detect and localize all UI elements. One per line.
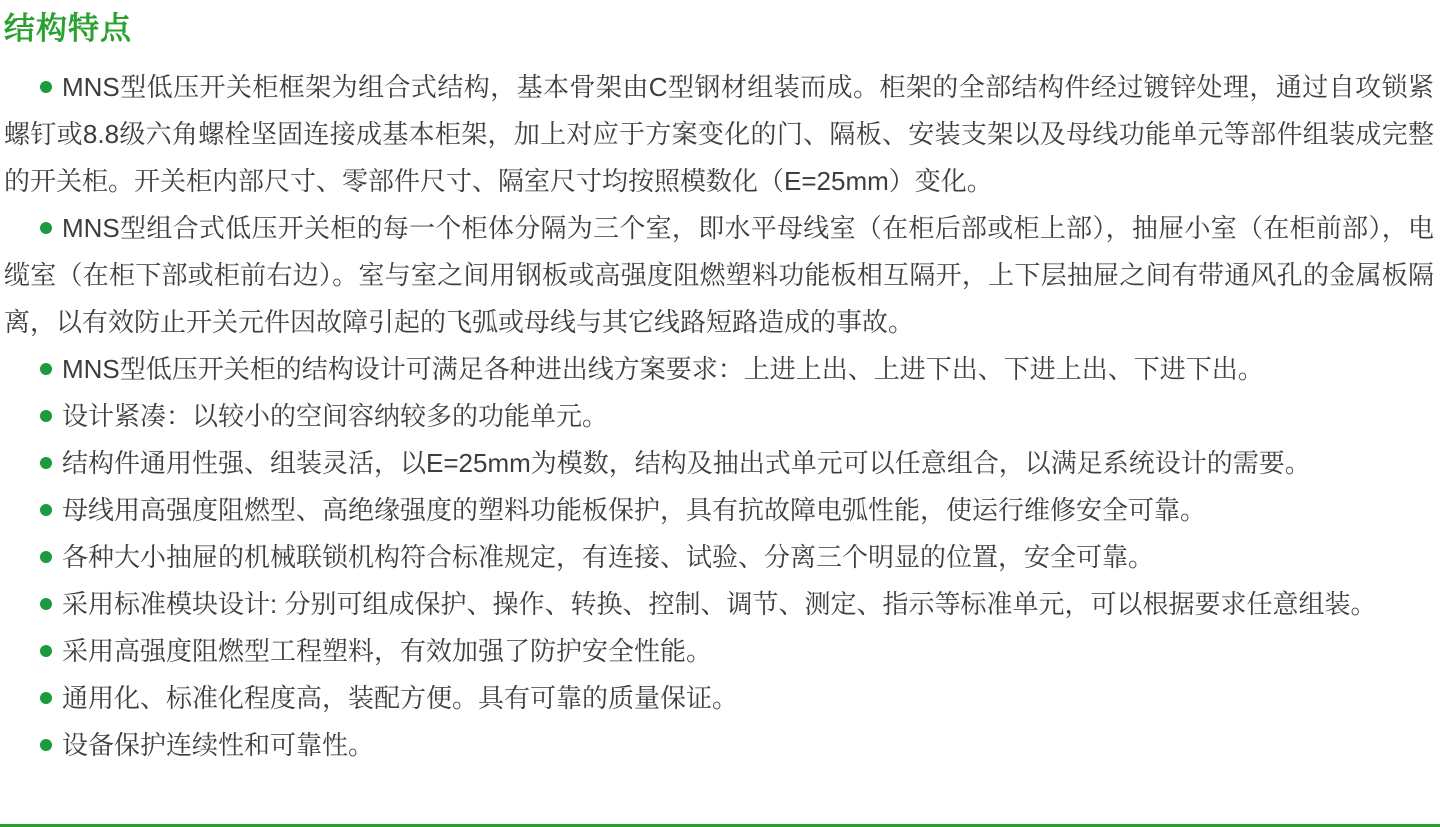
bullet-icon — [40, 739, 52, 751]
list-item: MNS型组合式低压开关柜的每一个柜体分隔为三个室，即水平母线室（在柜后部或柜上部… — [4, 205, 1434, 346]
list-item: MNS型低压开关柜框架为组合式结构，基本骨架由C型钢材组装而成。柜架的全部结构件… — [4, 64, 1434, 205]
list-item: 结构件通用性强、组装灵活，以E=25mm为模数，结构及抽出式单元可以任意组合，以… — [4, 440, 1434, 487]
list-item-text: MNS型低压开关柜的结构设计可满足各种进出线方案要求：上进上出、上进下出、下进上… — [62, 354, 1264, 384]
list-item: 设计紧凑：以较小的空间容纳较多的功能单元。 — [4, 393, 1434, 440]
list-item: 母线用高强度阻燃型、高绝缘强度的塑料功能板保护，具有抗故障电弧性能，使运行维修安… — [4, 487, 1434, 534]
list-item: 各种大小抽屉的机械联锁机构符合标准规定，有连接、试验、分离三个明显的位置，安全可… — [4, 534, 1434, 581]
list-item-text: 采用高强度阻燃型工程塑料，有效加强了防护安全性能。 — [62, 636, 712, 666]
list-item-text: 设计紧凑：以较小的空间容纳较多的功能单元。 — [62, 401, 608, 431]
list-item: 设备保护连续性和可靠性。 — [4, 722, 1434, 769]
list-item-text: MNS型低压开关柜框架为组合式结构，基本骨架由C型钢材组装而成。柜架的全部结构件… — [4, 72, 1434, 196]
bullet-icon — [40, 363, 52, 375]
list-item-text: 采用标准模块设计: 分别可组成保护、操作、转换、控制、调节、测定、指示等标准单元… — [62, 589, 1376, 619]
section-title: 结构特点 — [4, 10, 1434, 48]
list-item-text: 母线用高强度阻燃型、高绝缘强度的塑料功能板保护，具有抗故障电弧性能，使运行维修安… — [62, 495, 1206, 525]
bullet-icon — [40, 81, 52, 93]
list-item-text: 各种大小抽屉的机械联锁机构符合标准规定，有连接、试验、分离三个明显的位置，安全可… — [62, 542, 1154, 572]
list-item: 采用标准模块设计: 分别可组成保护、操作、转换、控制、调节、测定、指示等标准单元… — [4, 581, 1434, 628]
list-item-text: MNS型组合式低压开关柜的每一个柜体分隔为三个室，即水平母线室（在柜后部或柜上部… — [4, 213, 1434, 337]
bullet-icon — [40, 457, 52, 469]
bullet-icon — [40, 645, 52, 657]
list-item: 采用高强度阻燃型工程塑料，有效加强了防护安全性能。 — [4, 628, 1434, 675]
feature-list: MNS型低压开关柜框架为组合式结构，基本骨架由C型钢材组装而成。柜架的全部结构件… — [4, 64, 1434, 769]
list-item: 通用化、标准化程度高，装配方便。具有可靠的质量保证。 — [4, 675, 1434, 722]
list-item: MNS型低压开关柜的结构设计可满足各种进出线方案要求：上进上出、上进下出、下进上… — [4, 346, 1434, 393]
list-item-text: 通用化、标准化程度高，装配方便。具有可靠的质量保证。 — [62, 683, 738, 713]
bullet-icon — [40, 551, 52, 563]
bullet-icon — [40, 222, 52, 234]
list-item-text: 结构件通用性强、组装灵活，以E=25mm为模数，结构及抽出式单元可以任意组合，以… — [62, 448, 1311, 478]
bullet-icon — [40, 504, 52, 516]
document-page: 结构特点 MNS型低压开关柜框架为组合式结构，基本骨架由C型钢材组装而成。柜架的… — [0, 0, 1440, 827]
bullet-icon — [40, 692, 52, 704]
bullet-icon — [40, 410, 52, 422]
list-item-text: 设备保护连续性和可靠性。 — [62, 730, 374, 760]
bullet-icon — [40, 598, 52, 610]
